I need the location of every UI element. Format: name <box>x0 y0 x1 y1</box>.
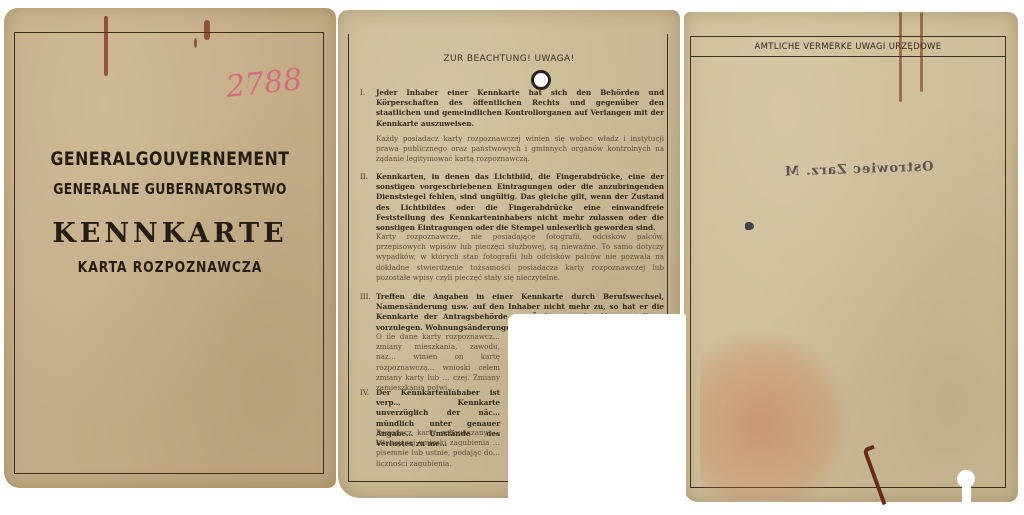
section-text: Kennkarten, in denen das Lichtbild, die … <box>362 172 664 233</box>
stain-drip <box>899 12 902 102</box>
cover-line-generalne-gubernatorstwo: GENERALNE GUBERNATORSTWO <box>17 180 322 198</box>
notes-header-row: AMTLICHE VERMERKE UWAGI URZĘDOWE <box>690 36 1006 57</box>
section-2-polish: Karty rozpoznawcze, nie posiadające foto… <box>362 232 664 283</box>
section-text: Posiadacz karty zobowiązany … łatwiające… <box>362 428 500 469</box>
cover-subtitle-karta-rozpoznawcza: KARTA ROZPOZNAWCZA <box>17 258 322 276</box>
keyhole-tear <box>957 470 975 488</box>
ink-blot <box>745 222 754 230</box>
section-1-german: I.Jeder Inhaber einer Kennkarte hat sich… <box>362 88 664 129</box>
section-number: II. <box>360 172 368 182</box>
section-number: I. <box>360 88 365 98</box>
stain-drip <box>920 12 923 92</box>
torn-missing-area <box>508 314 686 515</box>
section-3-polish: O ile dane karty rozpoznawcz… zmiany mie… <box>362 332 500 393</box>
punch-hole <box>531 70 551 90</box>
section-number: IV. <box>360 388 369 398</box>
notes-header: AMTLICHE VERMERKE UWAGI URZĘDOWE <box>690 42 1006 52</box>
section-number: III. <box>360 292 371 302</box>
section-4-polish: Posiadacz karty zobowiązany … łatwiające… <box>362 428 500 469</box>
cover-title-kennkarte: KENNKARTE <box>4 218 336 249</box>
stain-spot <box>194 38 197 48</box>
stain-drip <box>204 20 210 40</box>
cover-panel: 2788 GENERALGOUVERNEMENT GENERALNE GUBER… <box>4 8 336 488</box>
instructions-title: ZUR BEACHTUNG! UWAGA! <box>338 54 680 64</box>
water-stain <box>700 330 850 500</box>
section-text: Jeder Inhaber einer Kennkarte hat sich d… <box>362 88 664 129</box>
stain-drip <box>104 16 108 76</box>
section-text: O ile dane karty rozpoznawcz… zmiany mie… <box>362 332 500 393</box>
cover-line-generalgouvernement: GENERALGOUVERNEMENT <box>17 148 322 170</box>
section-2-german: II.Kennkarten, in denen das Lichtbild, d… <box>362 172 664 233</box>
section-1-polish: Każdy posiadacz karty rozpoznawczej wini… <box>362 134 664 165</box>
section-text: Każdy posiadacz karty rozpoznawczej wini… <box>362 134 664 165</box>
section-text: Karty rozpoznawcze, nie posiadające foto… <box>362 232 664 283</box>
